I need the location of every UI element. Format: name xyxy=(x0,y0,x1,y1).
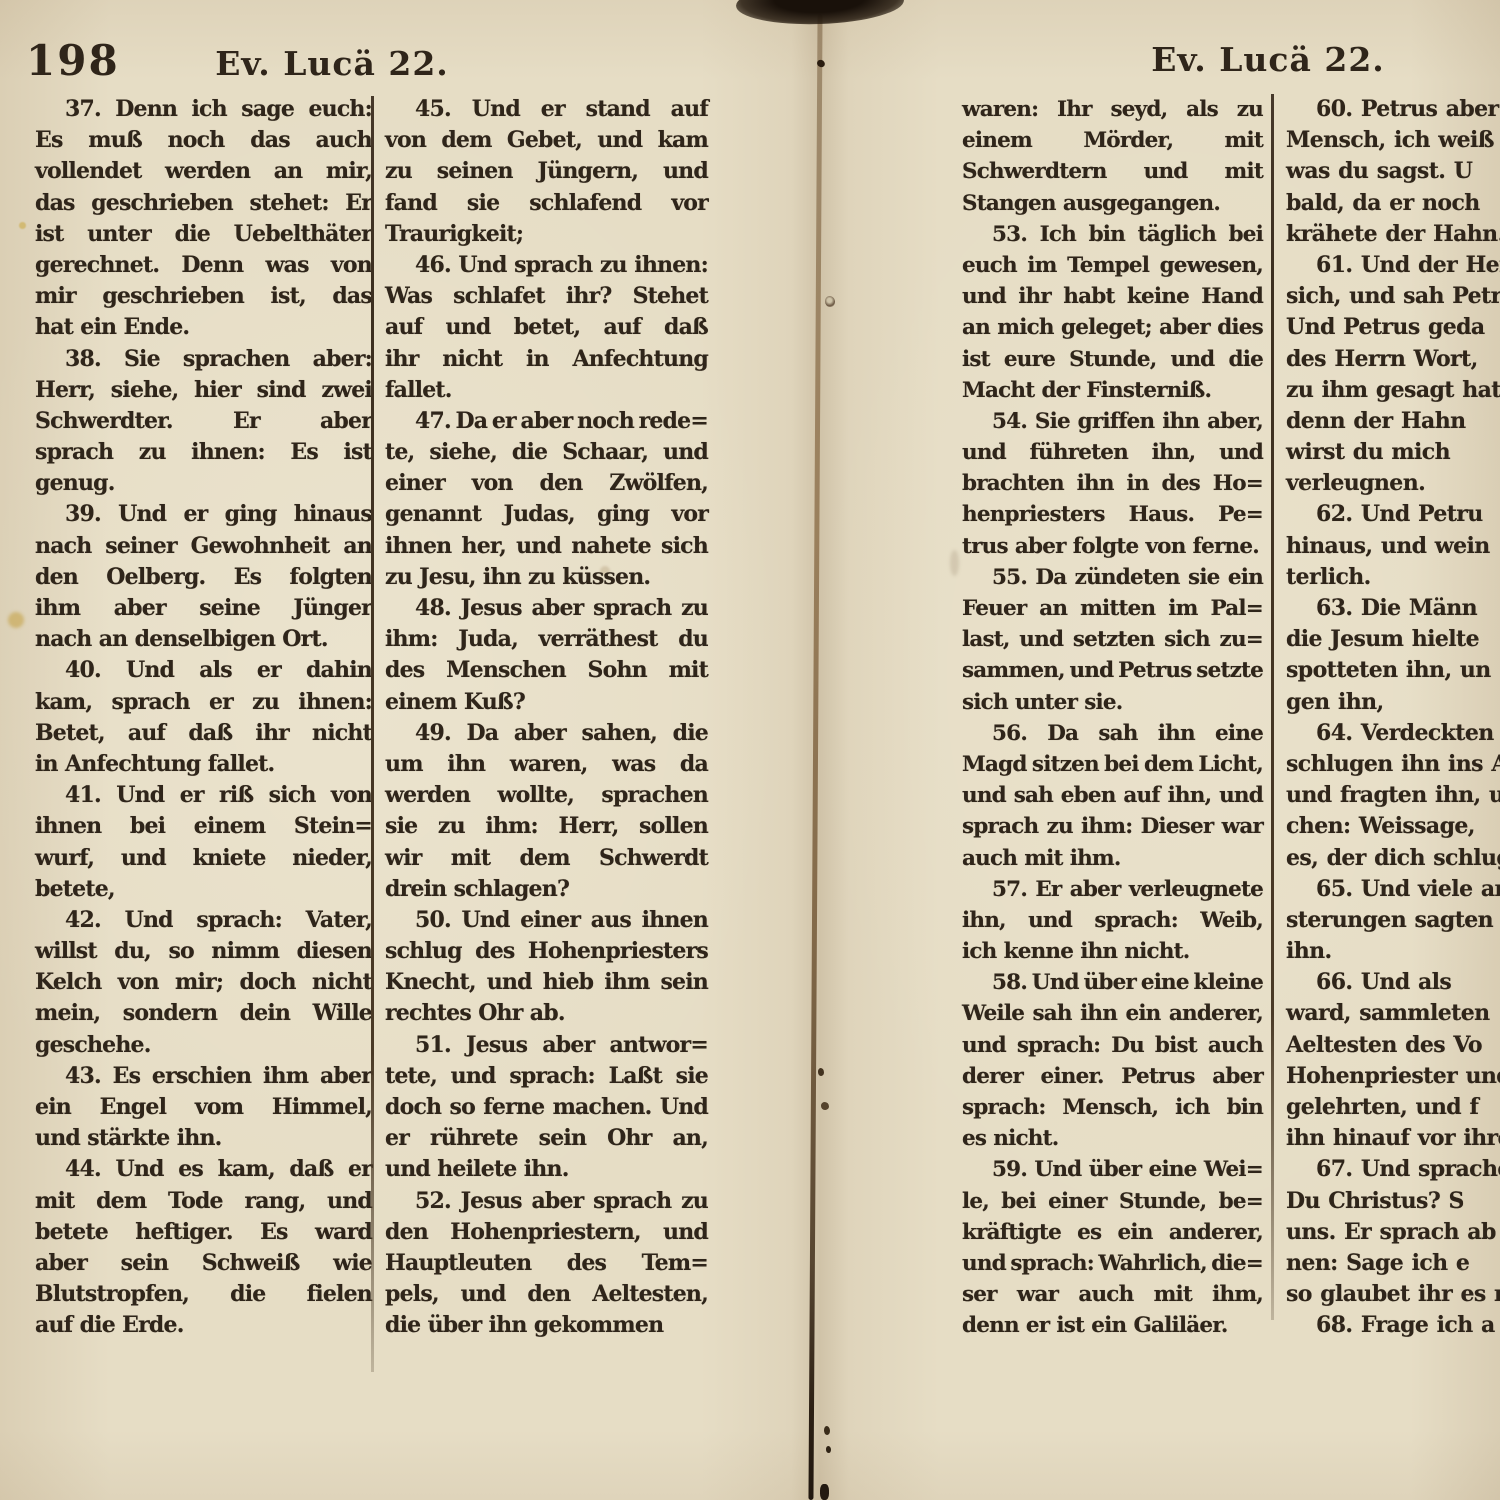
verse-line: fandsieschlafendvor xyxy=(385,188,708,219)
verse-line: ihnhinaufvorihre xyxy=(1286,1123,1500,1154)
verse-line: kam,spracherzuihnen: xyxy=(35,687,372,718)
verse-line: wasdusagst.U xyxy=(1286,156,1500,187)
verse-line: kräftigteeseinanderer, xyxy=(962,1217,1263,1248)
verse: 44.Undeskam,daßermitdemToderang,undbetet… xyxy=(35,1154,372,1341)
verse-line: Herr,siehe,hiersindzwei xyxy=(35,375,372,406)
verse-line: undihrhabtkeineHand xyxy=(962,281,1263,312)
verse-line: 62.UndPetru xyxy=(1286,499,1500,530)
verse-line: waren:Ihrseyd,alszu xyxy=(962,94,1263,125)
verse-line: Hohenpriesterund xyxy=(1286,1061,1500,1092)
left-page-column-2: 45.UnderstandaufvondemGebet,undkamzusein… xyxy=(385,94,708,1342)
ink-speck xyxy=(818,1068,824,1076)
verse: 51.Jesusaberantwor=tete,undsprach:Laßtsi… xyxy=(385,1030,708,1186)
verse-line: undsahebenaufihn,und xyxy=(962,780,1263,811)
verse-line: einEngelvomHimmel, xyxy=(35,1092,372,1123)
verse-line: genanntJudas,gingvor xyxy=(385,499,708,530)
verse-line: pels,unddenAeltesten, xyxy=(385,1279,708,1310)
verse-line: vollendetwerdenanmir, xyxy=(35,156,372,187)
verse-line: undsprach:Dubistauch xyxy=(962,1030,1263,1061)
verse-line: inAnfechtungfallet. xyxy=(35,749,372,780)
verse-line: genug. xyxy=(35,468,372,499)
verse-line: auchmitihm. xyxy=(962,843,1263,874)
verse-line: anmichgeleget;aberdies xyxy=(962,312,1263,343)
ink-speck xyxy=(824,1426,830,1435)
verse: 61.UndderHerrsich,undsahPetruUndPetrusge… xyxy=(1286,250,1500,500)
verse-line: hateinEnde. xyxy=(35,312,372,343)
verse-line: ihn. xyxy=(1286,936,1500,967)
book-photo: { "colors": { "paper": "#e6ddc5", "ink":… xyxy=(0,0,1500,1500)
verse-line: Schwerdternundmit xyxy=(962,156,1263,187)
verse-line: errühreteseinOhran, xyxy=(385,1123,708,1154)
verse-line: le,beieinerStunde,be= xyxy=(962,1186,1263,1217)
verse-line: undstärkteihn. xyxy=(35,1123,372,1154)
column-rule-right-page xyxy=(1271,94,1274,1320)
verse-line: wirstdumich xyxy=(1286,437,1500,468)
verse-line: genihn, xyxy=(1286,687,1500,718)
verse-line: sich,undsahPetru xyxy=(1286,281,1500,312)
verse-line: wurf,undknietenieder, xyxy=(35,843,372,874)
verse-line: trusaberfolgtevonferne. xyxy=(962,531,1263,562)
verse-line: tete,undsprach:Laßtsie xyxy=(385,1061,708,1092)
verse-line: nachseinerGewohnheitan xyxy=(35,531,372,562)
verse-line: istunterdieUebelthäter xyxy=(35,219,372,250)
verse-line: 46.Undsprachzuihnen: xyxy=(385,250,708,281)
verse-line: sprach:Mensch,ichbin xyxy=(962,1092,1263,1123)
verse-line: ihnenbeieinemStein= xyxy=(35,811,372,842)
verse: 55.DazündetensieeinFeueranmittenimPal=la… xyxy=(962,562,1263,718)
verse-line: isteureStunde,unddie xyxy=(962,344,1263,375)
verse-line: Stangenausgegangen. xyxy=(962,188,1263,219)
verse-line: 66.Undals xyxy=(1286,967,1500,998)
verse-line: 55.Dazündetensieein xyxy=(962,562,1263,593)
verse-line: undführetenihn,und xyxy=(962,437,1263,468)
verse-line: zuihmgesagthat xyxy=(1286,375,1500,406)
verse-line: ichkenneihnnicht. xyxy=(962,936,1263,967)
verse-line: krähetederHahn. xyxy=(1286,219,1500,250)
verse-line: dasgeschriebenstehet:Er xyxy=(35,188,372,219)
verse-line: dieJesumhielte xyxy=(1286,624,1500,655)
verse: 59.UndübereineWei=le,beieinerStunde,be=k… xyxy=(962,1154,1263,1341)
verse-line: 51.Jesusaberantwor= xyxy=(385,1030,708,1061)
verse-line: 44.Undeskam,daßer xyxy=(35,1154,372,1185)
right-page-column-2-clipped: 60.PetrusaberMensch,ichweißwasdusagst.Ub… xyxy=(1286,94,1500,1342)
verse: 63.DieMänndieJesumhieltespottetenihn,ung… xyxy=(1286,593,1500,718)
verse-line: euchimTempelgewesen, xyxy=(962,250,1263,281)
verse-line: mirgeschriebenist,das xyxy=(35,281,372,312)
verse-line: 58.Undübereinekleine xyxy=(962,967,1263,998)
verse-line: zuJesu,ihnzuküssen. xyxy=(385,562,708,593)
verse-line: HauptleutendesTem= xyxy=(385,1248,708,1279)
verse: 52.JesusabersprachzudenHohenpriestern,un… xyxy=(385,1186,708,1342)
verse-line: 41.Underrißsichvon xyxy=(35,780,372,811)
verse-line: soglaubetihresn xyxy=(1286,1279,1500,1310)
verse-line: wirmitdemSchwerdt xyxy=(385,843,708,874)
verse-line: einemKuß? xyxy=(385,687,708,718)
binding-shadow-bottom xyxy=(820,1484,829,1500)
verse-line: 40.Undalserdahin xyxy=(35,655,372,686)
verse-line: undsprach:Wahrlich,die= xyxy=(962,1248,1263,1279)
verse-line: 45.Understandauf xyxy=(385,94,708,125)
verse-line: umihnwaren,wasda xyxy=(385,749,708,780)
verse-line: MachtderFinsterniß. xyxy=(962,375,1263,406)
verse-line: Mensch,ichweiß xyxy=(1286,125,1500,156)
verse-line: mitdemToderang,und xyxy=(35,1186,372,1217)
verse-line: zuseinenJüngern,und xyxy=(385,156,708,187)
verse-line: dreinschlagen? xyxy=(385,874,708,905)
verse-line: UndPetrusgeda xyxy=(1286,312,1500,343)
verse-line: einemMörder,mit xyxy=(962,125,1263,156)
verse: 41.UnderrißsichvonihnenbeieinemStein=wur… xyxy=(35,780,372,905)
verse-line: 59.UndübereineWei= xyxy=(962,1154,1263,1185)
verse: 37.Dennichsageeuch:Esmußnochdasauchvolle… xyxy=(35,94,372,344)
verse: 60.PetrusaberMensch,ichweißwasdusagst.Ub… xyxy=(1286,94,1500,250)
verse-line: 64.Verdecktenih xyxy=(1286,718,1500,749)
verse-line: desHerrnWort, xyxy=(1286,344,1500,375)
verse: 66.Undalsward,sammletenAeltestendesVoHoh… xyxy=(1286,967,1500,1154)
verse-line: Weilesahihneinanderer, xyxy=(962,998,1263,1029)
verse-line: Schwerdter.Eraber xyxy=(35,406,372,437)
verse: 40.Undalserdahinkam,spracherzuihnen:Bete… xyxy=(35,655,372,780)
verse-line: 47.Daerabernochrede= xyxy=(385,406,708,437)
running-header-left: Ev. Lucä 22. xyxy=(172,44,492,83)
verse: 43.EserschienihmabereinEngelvomHimmel,un… xyxy=(35,1061,372,1155)
column-rule-left-page xyxy=(371,96,374,1372)
verse-line: undfragtenihn,u xyxy=(1286,780,1500,811)
verse-line: 43.Eserschienihmaber xyxy=(35,1061,372,1092)
verse-line: fallet. xyxy=(385,375,708,406)
paper-stain xyxy=(950,550,959,576)
verse-line: 53.Ichbintäglichbei xyxy=(962,219,1263,250)
verse-line: henpriestersHaus.Pe= xyxy=(962,499,1263,530)
verse-line: ihm:Juda,verräthestdu xyxy=(385,624,708,655)
verse-line: geschehe. xyxy=(35,1030,372,1061)
left-page-column-1: 37.Dennichsageeuch:Esmußnochdasauchvolle… xyxy=(35,94,372,1342)
verse-line: derereiner.Petrusaber xyxy=(962,1061,1263,1092)
verse-line: 48.Jesusabersprachzu xyxy=(385,593,708,624)
verse-line: hinaus,undwein xyxy=(1286,531,1500,562)
verse-line: te,siehe,dieSchaar,und xyxy=(385,437,708,468)
verse-line: sprachzuihnen:Esist xyxy=(35,437,372,468)
verse: 57.Eraberverleugneteihn,undsprach:Weib,i… xyxy=(962,874,1263,968)
verse-line: sichuntersie. xyxy=(962,687,1263,718)
verse-line: sammen,undPetrussetzte xyxy=(962,655,1263,686)
verse-line: esnicht. xyxy=(962,1123,1263,1154)
verse-line: mein,sonderndeinWille xyxy=(35,998,372,1029)
verse: 62.UndPetruhinaus,undweinterlich. xyxy=(1286,499,1500,593)
verse: 38.Siesprachenaber:Herr,siehe,hiersindzw… xyxy=(35,344,372,500)
verse-line: brachtenihnindesHo= xyxy=(962,468,1263,499)
verse-line: 65.Undvielean xyxy=(1286,874,1500,905)
verse-line: FeueranmittenimPal= xyxy=(962,593,1263,624)
verse-line: 57.Eraberverleugnete xyxy=(962,874,1263,905)
verse-line: Betet,aufdaßihrnicht xyxy=(35,718,372,749)
verse-line: aufdieErde. xyxy=(35,1310,372,1341)
verse-line: denHohenpriestern,und xyxy=(385,1217,708,1248)
verse: 65.Undvieleansterungensagtensiihn. xyxy=(1286,874,1500,968)
verse: 50.UndeinerausihnenschlugdesHohenprieste… xyxy=(385,905,708,1030)
verse-line: 50.Undeinerausihnen xyxy=(385,905,708,936)
verse: 48.Jesusabersprachzuihm:Juda,verräthestd… xyxy=(385,593,708,718)
verse-line: undheileteihn. xyxy=(385,1154,708,1185)
verse: 64.VerdecktenihschlugenihninsAundfragten… xyxy=(1286,718,1500,874)
verse: 47.Daerabernochrede=te,siehe,dieSchaar,u… xyxy=(385,406,708,593)
verse-line: dennderHahn xyxy=(1286,406,1500,437)
verse-line: beteteheftiger.Esward xyxy=(35,1217,372,1248)
verse-line: 39.Underginghinaus xyxy=(35,499,372,530)
verse-line: rechtesOhrab. xyxy=(385,998,708,1029)
verse-line: gerechnet.Dennwasvon xyxy=(35,250,372,281)
verse-line: werdenwollte,sprachen xyxy=(385,780,708,811)
verse: 53.IchbintäglichbeieuchimTempelgewesen,u… xyxy=(962,219,1263,406)
verse-line: denneristeinGaliläer. xyxy=(962,1310,1263,1341)
verse-line: vondemGebet,undkam xyxy=(385,125,708,156)
paper-stain xyxy=(8,612,24,628)
verse-line: Knecht,undhiebihmsein xyxy=(385,967,708,998)
verse: waren:Ihrseyd,alszueinemMörder,mitSchwer… xyxy=(962,94,1263,219)
verse-line: sprachzuihm:Dieserwar xyxy=(962,811,1263,842)
verse-line: schlugenihninsA xyxy=(1286,749,1500,780)
verse-line: Traurigkeit; xyxy=(385,219,708,250)
verse-line: es,derdichschlug xyxy=(1286,843,1500,874)
ink-speck xyxy=(826,1446,831,1453)
verse-line: DuChristus?S xyxy=(1286,1186,1500,1217)
verse: 45.UnderstandaufvondemGebet,undkamzusein… xyxy=(385,94,708,250)
verse: 49.Daabersahen,dieumihnwaren,wasdawerden… xyxy=(385,718,708,905)
verse-line: verleugnen. xyxy=(1286,468,1500,499)
verse-line: 56.Dasahihneine xyxy=(962,718,1263,749)
verse: 68.Frageicha xyxy=(1286,1310,1500,1341)
verse-line: einervondenZwölfen, xyxy=(385,468,708,499)
verse-line: gelehrten,undf xyxy=(1286,1092,1500,1123)
verse: 58.UndübereinekleineWeilesahihneinandere… xyxy=(962,967,1263,1154)
verse-line: ihrnichtinAnfechtung xyxy=(385,344,708,375)
page-number: 198 xyxy=(26,36,120,85)
verse: 54.Siegriffenihnaber,undführetenihn,undb… xyxy=(962,406,1263,562)
verse: 46.Undsprachzuihnen:Wasschlafetihr?Stehe… xyxy=(385,250,708,406)
verse-line: spottetenihn,un xyxy=(1286,655,1500,686)
verse-line: serwarauchmitihm, xyxy=(962,1279,1263,1310)
verse: 39.UnderginghinausnachseinerGewohnheitan… xyxy=(35,499,372,655)
verse-line: denOelberg.Esfolgten xyxy=(35,562,372,593)
verse-line: uns.Ersprachab xyxy=(1286,1217,1500,1248)
verse-line: betete, xyxy=(35,874,372,905)
verse-line: Esmußnochdasauch xyxy=(35,125,372,156)
verse: 42.Undsprach:Vater,willstdu,sonimmdiesen… xyxy=(35,905,372,1061)
verse-line: terlich. xyxy=(1286,562,1500,593)
verse-line: nachandenselbigenOrt. xyxy=(35,624,372,655)
verse-line: 42.Undsprach:Vater, xyxy=(35,905,372,936)
verse-line: sterungensagtensi xyxy=(1286,905,1500,936)
verse-line: 49.Daabersahen,die xyxy=(385,718,708,749)
paper-stain xyxy=(19,222,26,229)
verse-line: MagdsitzenbeidemLicht, xyxy=(962,749,1263,780)
verse-line: 61.UndderHerr xyxy=(1286,250,1500,281)
ink-speck xyxy=(821,1102,829,1110)
verse-line: aufundbetet,aufdaß xyxy=(385,312,708,343)
verse-line: aberseinSchweißwie xyxy=(35,1248,372,1279)
verse-line: ihnenher,undnahetesich xyxy=(385,531,708,562)
verse-line: siezuihm:Herr,sollen xyxy=(385,811,708,842)
verse-line: bald,daernoch xyxy=(1286,188,1500,219)
verse-line: chen:Weissage, xyxy=(1286,811,1500,842)
verse-line: last,undsetztensichzu= xyxy=(962,624,1263,655)
verse-line: 60.Petrusaber xyxy=(1286,94,1500,125)
verse-line: willstdu,sonimmdiesen xyxy=(35,936,372,967)
verse: 56.DasahihneineMagdsitzenbeidemLicht,und… xyxy=(962,718,1263,874)
verse: 67.UndspracheDuChristus?Suns.Ersprachabn… xyxy=(1286,1154,1500,1310)
right-page-column-1: waren:Ihrseyd,alszueinemMörder,mitSchwer… xyxy=(962,94,1263,1342)
verse-line: ihn,undsprach:Weib, xyxy=(962,905,1263,936)
running-header-right: Ev. Lucä 22. xyxy=(1108,40,1428,79)
verse-line: 38.Siesprachenaber: xyxy=(35,344,372,375)
paper-hole-speck xyxy=(825,296,835,307)
verse-line: ward,sammleten xyxy=(1286,998,1500,1029)
verse-line: Blutstropfen,diefielen xyxy=(35,1279,372,1310)
verse-line: dieüberihngekommen xyxy=(385,1310,708,1341)
verse-line: 68.Frageicha xyxy=(1286,1310,1500,1341)
verse-line: Wasschlafetihr?Stehet xyxy=(385,281,708,312)
verse-line: desMenschenSohnmit xyxy=(385,655,708,686)
verse-line: 63.DieMänn xyxy=(1286,593,1500,624)
verse-line: 37.Dennichsageeuch: xyxy=(35,94,372,125)
verse-line: schlugdesHohenpriesters xyxy=(385,936,708,967)
verse-line: dochsofernemachen.Und xyxy=(385,1092,708,1123)
verse-line: 54.Siegriffenihnaber, xyxy=(962,406,1263,437)
verse-line: Kelchvonmir;dochnicht xyxy=(35,967,372,998)
verse-line: AeltestendesVo xyxy=(1286,1030,1500,1061)
verse-line: ihmaberseineJünger xyxy=(35,593,372,624)
verse-line: nen:Sageiche xyxy=(1286,1248,1500,1279)
verse-line: 52.Jesusabersprachzu xyxy=(385,1186,708,1217)
verse-line: 67.Undsprache xyxy=(1286,1154,1500,1185)
